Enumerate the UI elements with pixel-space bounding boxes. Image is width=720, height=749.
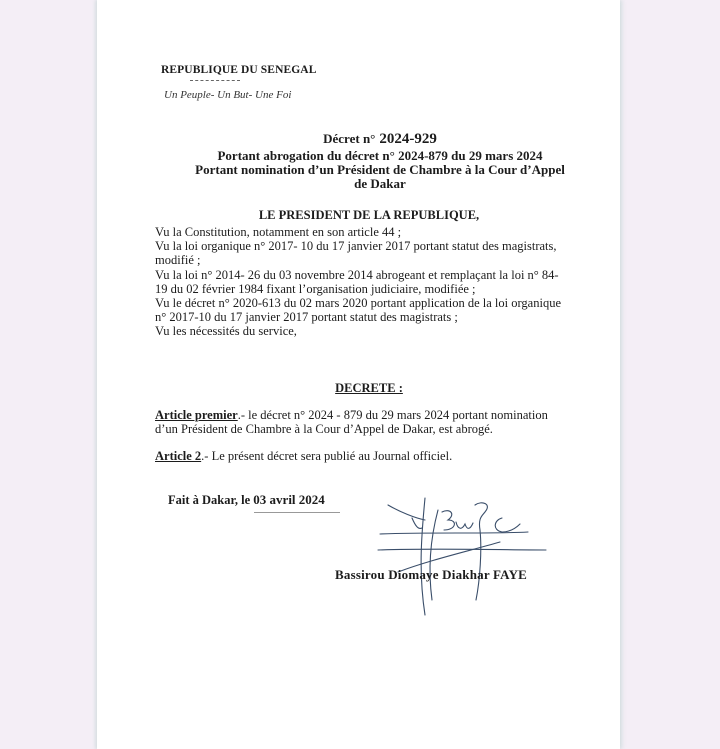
visa-line: Vu le décret n° 2020-613 du 02 mars 2020…: [155, 296, 575, 310]
authority-heading: LE PRESIDENT DE LA REPUBLIQUE,: [0, 208, 720, 223]
decree-number: 2024-929: [379, 131, 437, 147]
place-and-date: Fait à Dakar, le 03 avril 2024: [168, 492, 325, 508]
document-page: [97, 0, 620, 749]
decree-subject-nomination: Portant nomination d’un Président de Cha…: [190, 163, 570, 177]
article-text: d’un Président de Chambre à la Cour d’Ap…: [155, 422, 575, 436]
header-separator: [190, 80, 240, 81]
place-prefix: Fait à Dakar, le: [168, 493, 250, 507]
visa-line: 19 du 02 février 1984 fixant l’organisat…: [155, 282, 575, 296]
visas-list: Vu la Constitution, notamment en son art…: [155, 225, 575, 339]
decree-subject-nomination-cont: de Dakar: [190, 177, 570, 191]
article-text: .- le décret n° 2024 - 879 du 29 mars 20…: [238, 408, 548, 422]
national-motto: Un Peuple- Un But- Une Foi: [164, 89, 291, 101]
decree-label: Décret n°: [323, 131, 375, 146]
decree-number-line: Décret n°2024-929: [190, 132, 570, 146]
visa-line: Vu la loi organique n° 2017- 10 du 17 ja…: [155, 239, 575, 253]
article-label: Article premier: [155, 408, 238, 422]
visa-line: Vu la Constitution, notamment en son art…: [155, 225, 575, 239]
signature-icon: [370, 490, 560, 620]
decree-subject-abrogation: Portant abrogation du décret n° 2024-879…: [190, 149, 570, 163]
date-underline: [254, 512, 340, 513]
signatory-name: Bassirou Diomaye Diakhar FAYE: [335, 567, 527, 583]
article-1: Article premier.- le décret n° 2024 - 87…: [155, 408, 575, 436]
visa-line: Vu la loi n° 2014- 26 du 03 novembre 201…: [155, 268, 575, 282]
visa-line: Vu les nécessités du service,: [155, 324, 575, 338]
decrete-heading: DECRETE :: [0, 381, 720, 396]
visa-line: modifié ;: [155, 253, 575, 267]
decree-title: Décret n°2024-929 Portant abrogation du …: [190, 132, 570, 191]
state-name: REPUBLIQUE DU SENEGAL: [161, 64, 316, 76]
article-label: Article 2: [155, 449, 201, 463]
article-text: .- Le présent décret sera publié au Jour…: [201, 449, 452, 463]
article-2: Article 2.- Le présent décret sera publi…: [155, 449, 575, 463]
visa-line: n° 2017-10 du 17 janvier 2017 portant st…: [155, 310, 575, 324]
signing-date: 03 avril 2024: [253, 492, 325, 507]
